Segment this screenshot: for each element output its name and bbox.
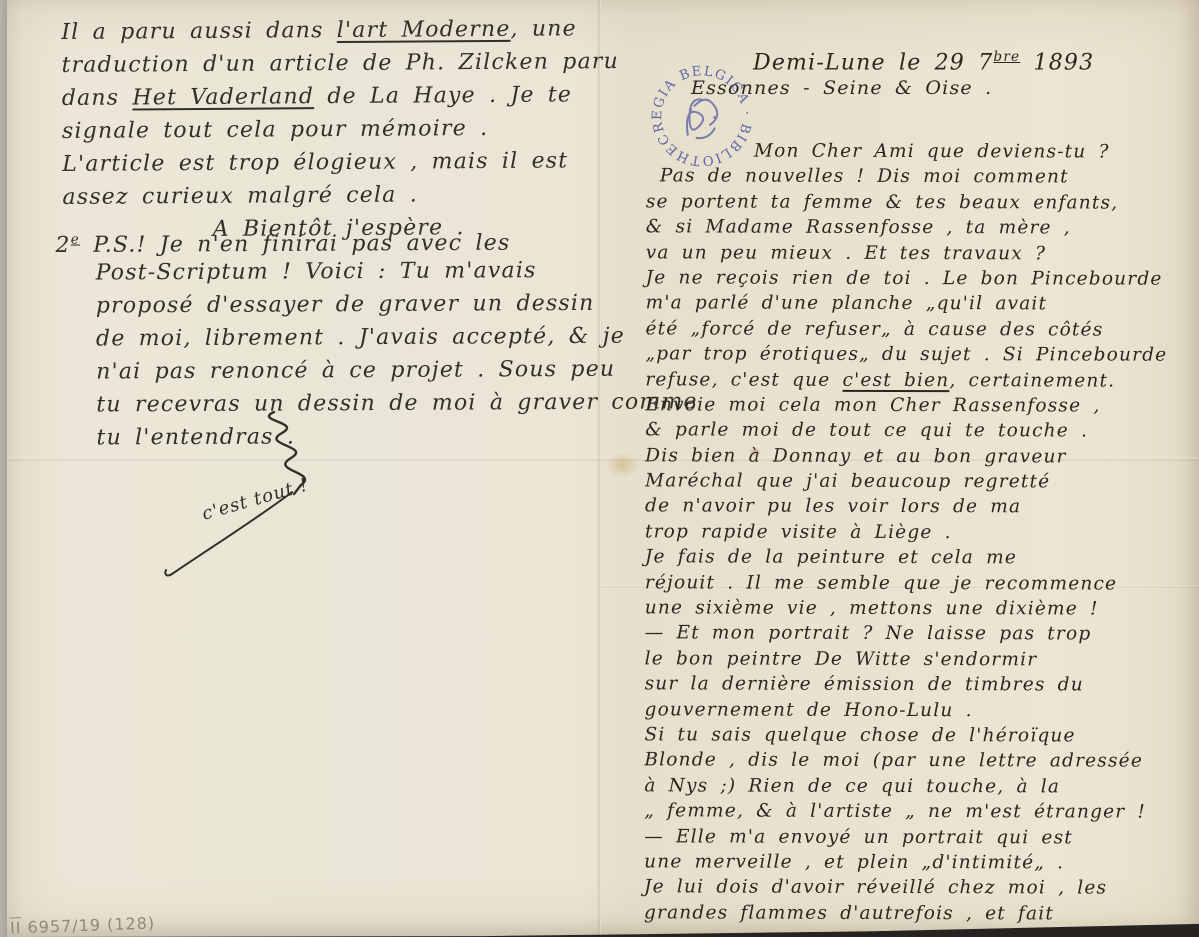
letter-line: sur la dernière émission de timbres du <box>645 672 1167 699</box>
letter-line: une merveille , et plein „d'intimité„ . <box>644 849 1166 876</box>
letter-line: Envoie moi cela mon Cher Rassenfosse , <box>645 392 1167 419</box>
letter-line: n'ai pas renoncé à ce projet . Sous peu <box>56 352 698 388</box>
letter-line: réjouit . Il me semble que je recommence <box>645 570 1167 597</box>
letter-line: se portent ta femme & tes beaux enfants, <box>646 189 1168 216</box>
letter-line: Je fais de la peinture et cela me <box>645 545 1167 572</box>
left-page-paragraph: Il a paru aussi dans l'art Moderne, une … <box>61 12 620 247</box>
scanned-letter: Il a paru aussi dans l'art Moderne, une … <box>0 0 1199 937</box>
letter-line: traduction d'un article de Ph. Zilcken p… <box>61 45 619 82</box>
letter-line: proposé d'essayer de graver un dessin <box>56 286 698 322</box>
letter-line: refuse, c'est que c'est bien, certaineme… <box>645 367 1167 394</box>
place-name: Demi-Lune <box>753 50 886 75</box>
underlined-title: Het Vaderland <box>132 84 314 110</box>
letter-line: Je ne reçois rien de toi . Le bon Pinceb… <box>646 265 1168 292</box>
letter-line: Il a paru aussi dans l'art Moderne, une <box>61 12 619 49</box>
letter-line: 2e P.S.! Je n'en finirai pas avec les <box>55 220 697 256</box>
letter-line: va un peu mieux . Et tes travaux ? <box>646 240 1168 267</box>
superscript: bre <box>993 49 1020 65</box>
letter-line: Post-Scriptum ! Voici : Tu m'avais <box>56 253 698 289</box>
letter-line: de moi, librement . J'avais accepté, & j… <box>56 319 698 355</box>
letter-line: L'article est trop élogieux , mais il es… <box>62 144 620 181</box>
foxing-stain <box>605 452 639 478</box>
right-page-body: Mon Cher Ami que deviens-tu ? Pas de nou… <box>644 138 1168 926</box>
letter-text: refuse, c'est que <box>645 369 842 391</box>
letter-line: à Nys ;) Rien de ce qui touche, à la <box>644 773 1166 800</box>
letter-line: signale tout cela pour mémoire . <box>62 111 620 148</box>
letter-line: le bon peintre De Witte s'endormir <box>645 646 1167 673</box>
letter-text: , certainement. <box>949 370 1115 391</box>
letter-line: de n'avoir pu les voir lors de ma <box>645 494 1167 521</box>
letter-line: & si Madame Rassenfosse , ta mère , <box>646 214 1168 241</box>
underlined-title: l'art Moderne <box>337 17 511 43</box>
underlined-phrase: c'est bien <box>843 369 950 390</box>
letter-line: — Et mon portrait ? Ne laisse pas trop <box>645 621 1167 648</box>
letter-line: grandes flammes d'autrefois , et fait <box>644 900 1166 927</box>
letter-text: , une <box>510 16 577 41</box>
stamp-monogram <box>677 94 725 143</box>
letter-line: — Elle m'a envoyé un portrait qui est <box>644 824 1166 851</box>
letter-line: „ femme, & à l'artiste „ ne m'est étrang… <box>644 798 1166 825</box>
letter-line: Blonde , dis le moi (par une lettre adre… <box>644 748 1166 775</box>
letter-line: Maréchal que j'ai beaucoup regretté <box>645 468 1167 495</box>
letter-line: une sixième vie , mettons une dixième ! <box>645 595 1167 622</box>
letter-text: dans <box>62 85 133 110</box>
letter-line: dans Het Vaderland de La Haye . Je te <box>62 78 620 115</box>
letter-line: gouvernement de Hono-Lulu . <box>645 697 1167 724</box>
letter-line: & parle moi de tout ce qui te touche . <box>645 418 1167 445</box>
letter-line: été „forcé de refuser„ à cause des côtés <box>645 316 1167 343</box>
letter-line: Si tu sais quelque chose de l'héroïque <box>644 722 1166 749</box>
year-text: 1893 <box>1020 50 1094 75</box>
letter-text: Il a paru aussi dans <box>61 18 337 45</box>
letter-line: trop rapide visite à Liège . <box>645 519 1167 546</box>
letter-line: assez curieux malgré cela . <box>62 177 620 214</box>
signature-flourish: c'est tout ! <box>152 408 392 583</box>
date-text: le 29 7 <box>886 50 994 75</box>
letter-line: Je lui dois d'avoir réveillé chez moi , … <box>644 875 1166 902</box>
letter-text: de La Haye . Je te <box>314 82 572 109</box>
letter-line: Dis bien à Donnay et au bon graveur <box>645 443 1167 470</box>
letter-text: 2 <box>55 233 70 258</box>
letter-line: „par trop érotiques„ du sujet . Si Pince… <box>645 341 1167 368</box>
letter-line: m'a parlé d'une planche „qu'il avait <box>646 291 1168 318</box>
